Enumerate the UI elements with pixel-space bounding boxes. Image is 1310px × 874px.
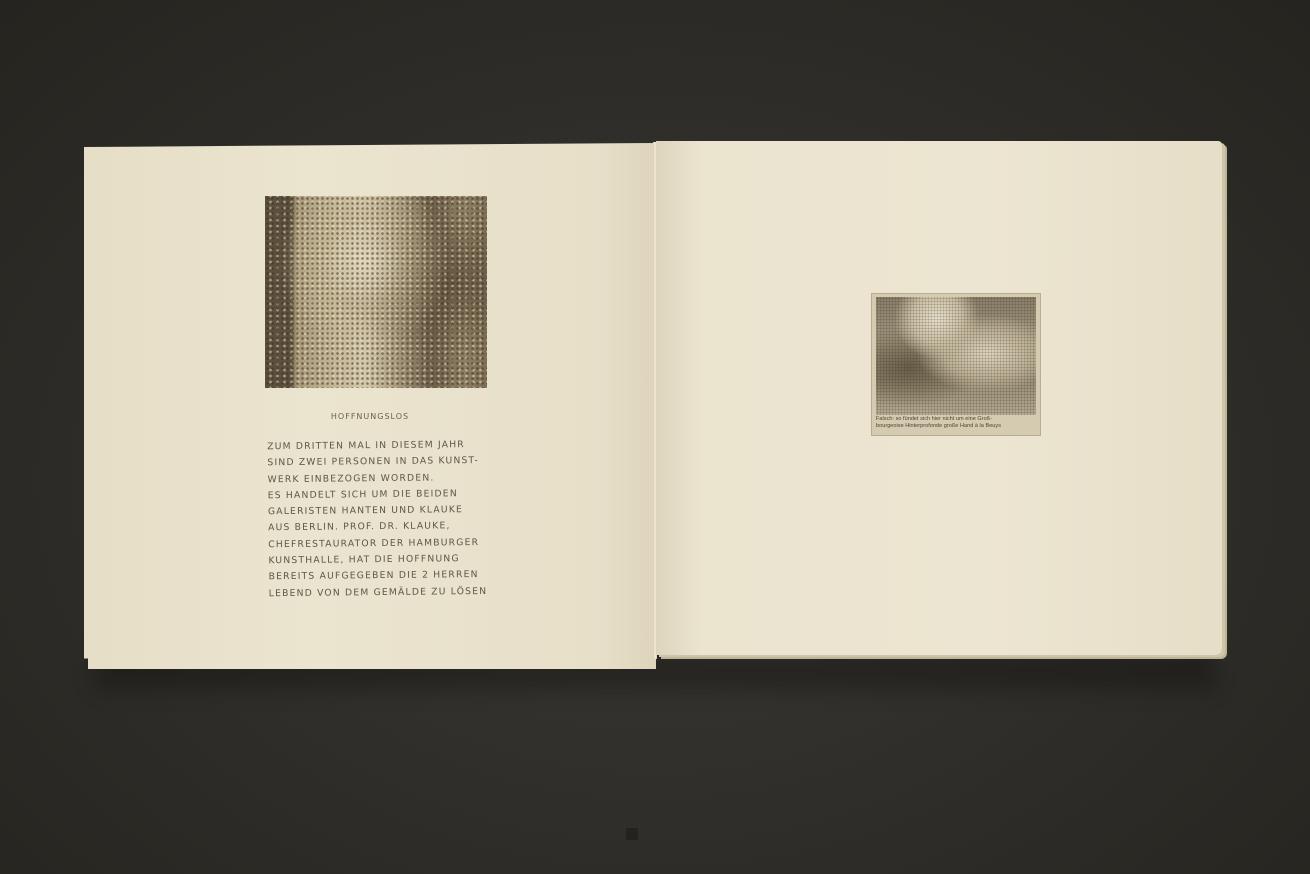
artwork-title: HOFFNUNGSLOS [330,412,410,421]
clipping-photo [876,297,1036,415]
text-line: SIND ZWEI PERSONEN IN DAS KUNST- [267,453,497,472]
caption-line: Falsch: so fündet sich hier nicht um ein… [876,416,1038,423]
clipping-caption: Falsch: so fündet sich hier nicht um ein… [876,416,1038,430]
newspaper-clipping: Falsch: so fündet sich hier nicht um ein… [871,293,1041,436]
caption-line: bourgeoise Hinterprofonde große Hand à l… [876,423,1038,430]
text-line: LEBEND VON DEM GEMÄLDE ZU LÖSEN [269,583,499,602]
surface-mark [626,828,638,840]
text-line: BEREITS AUFGEGEBEN DIE 2 HERREN [269,567,499,586]
photo-scene: HOFFNUNGSLOS ZUM DRITTEN MAL IN DIESEM J… [0,0,1310,874]
book-gutter [653,142,657,659]
text-line: CHEFRESTAURATOR DER HAMBURGER [268,535,498,554]
monoprint-artwork [265,196,487,388]
handwritten-text: ZUM DRITTEN MAL IN DIESEM JAHR SIND ZWEI… [267,437,499,602]
